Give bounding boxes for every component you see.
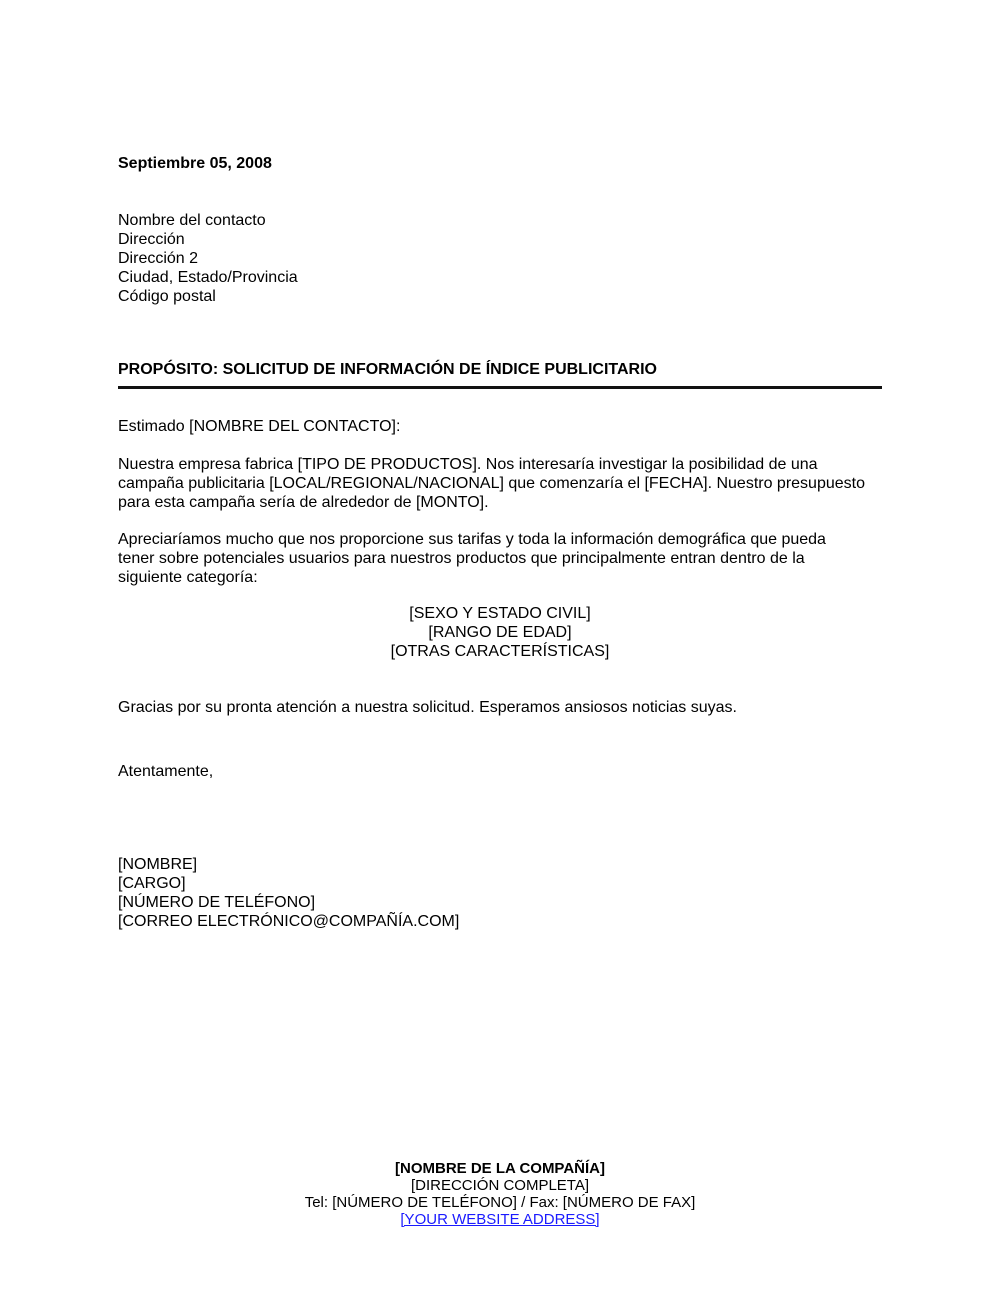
recipient-address: Nombre del contacto Dirección Dirección … [118,211,298,306]
subject-divider [118,386,882,389]
paragraph-2-line: Apreciaríamos mucho que nos proporcione … [118,530,888,549]
recipient-city-state: Ciudad, Estado/Provincia [118,268,298,287]
salutation: Estimado [NOMBRE DEL CONTACTO]: [118,417,400,436]
paragraph-2-line: tener sobre potenciales usuarios para nu… [118,549,888,568]
recipient-name: Nombre del contacto [118,211,298,230]
paragraph-1-line: para esta campaña sería de alrededor de … [118,493,888,512]
recipient-address-line-1: Dirección [118,230,298,249]
letter-subject: PROPÓSITO: SOLICITUD DE INFORMACIÓN DE Í… [118,360,657,379]
category-item: [SEXO Y ESTADO CIVIL] [0,604,1000,623]
footer-address: [DIRECCIÓN COMPLETA] [0,1177,1000,1194]
signature-title: [CARGO] [118,874,459,893]
category-list: [SEXO Y ESTADO CIVIL] [RANGO DE EDAD] [O… [0,604,1000,661]
paragraph-1-line: campaña publicitaria [LOCAL/REGIONAL/NAC… [118,474,888,493]
letter-date: Septiembre 05, 2008 [118,154,272,173]
recipient-address-line-2: Dirección 2 [118,249,298,268]
signature-name: [NOMBRE] [118,855,459,874]
closing-paragraph: Gracias por su pronta atención a nuestra… [118,698,737,717]
footer-company-name: [NOMBRE DE LA COMPAÑÍA] [0,1160,1000,1177]
recipient-postal-code: Código postal [118,287,298,306]
signature-phone: [NÚMERO DE TELÉFONO] [118,893,459,912]
category-item: [OTRAS CARACTERÍSTICAS] [0,642,1000,661]
footer-website-link[interactable]: [YOUR WEBSITE ADDRESS] [400,1211,599,1228]
category-item: [RANGO DE EDAD] [0,623,1000,642]
letterhead-footer: [NOMBRE DE LA COMPAÑÍA] [DIRECCIÓN COMPL… [0,1160,1000,1228]
signature-email: [CORREO ELECTRÓNICO@COMPAÑÍA.COM] [118,912,459,931]
paragraph-1-line: Nuestra empresa fabrica [TIPO DE PRODUCT… [118,455,888,474]
signature-block: [NOMBRE] [CARGO] [NÚMERO DE TELÉFONO] [C… [118,855,459,931]
signoff: Atentamente, [118,762,213,781]
letter-page: Septiembre 05, 2008 Nombre del contacto … [0,0,1000,1290]
body-paragraph-2: Apreciaríamos mucho que nos proporcione … [118,530,888,587]
paragraph-2-line: siguiente categoría: [118,568,888,587]
body-paragraph-1: Nuestra empresa fabrica [TIPO DE PRODUCT… [118,455,888,512]
footer-contact: Tel: [NÚMERO DE TELÉFONO] / Fax: [NÚMERO… [0,1194,1000,1211]
